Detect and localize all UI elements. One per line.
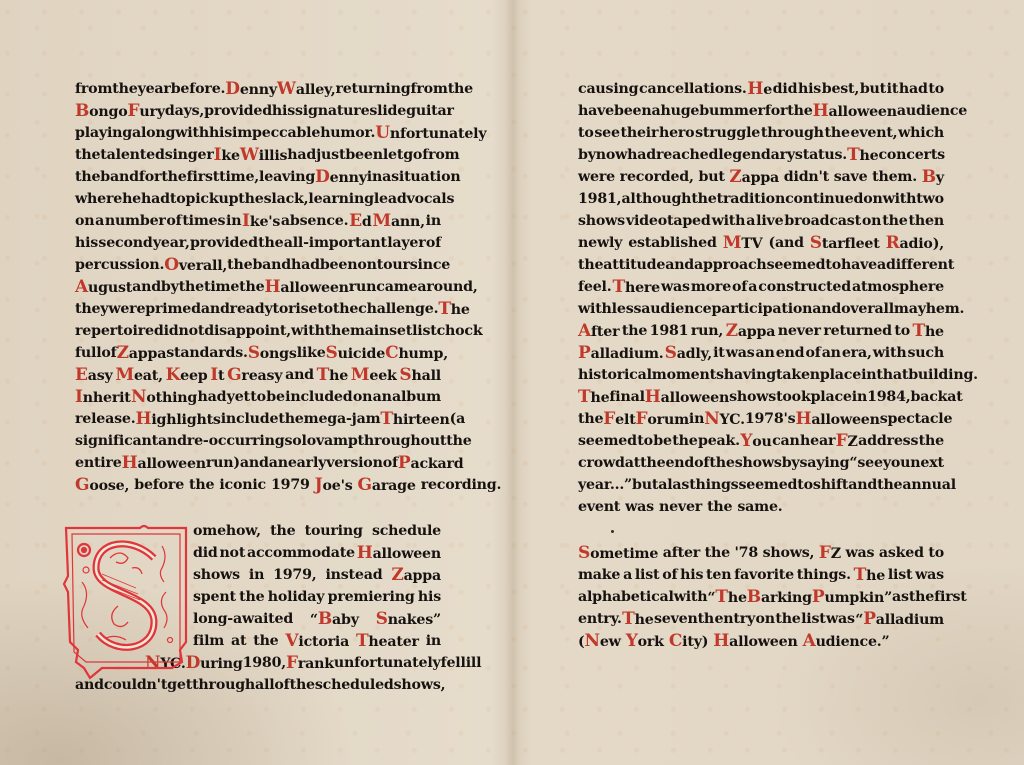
word: list <box>801 608 826 630</box>
word: the <box>622 320 647 342</box>
text-line: showsin1979,insteadZappa <box>193 564 441 586</box>
word: from <box>75 78 112 100</box>
text-line: entry.Theseventhentryonthelistwas“Pallad… <box>578 608 944 630</box>
text-line: Goose,beforetheiconic1979Joe'sGaragereco… <box>75 474 441 496</box>
word: reached <box>656 144 718 166</box>
word: bummer <box>699 100 765 122</box>
word: such <box>908 342 944 364</box>
word: the <box>239 276 264 298</box>
word: a <box>95 210 104 232</box>
rubric-word: Shall <box>399 364 441 386</box>
word: did <box>773 78 798 100</box>
word: tradition <box>717 188 785 210</box>
rubric-word: Halloween <box>264 276 348 298</box>
word: for <box>765 100 787 122</box>
word: can <box>772 430 800 452</box>
left-paragraph-2: omehow,thetouringscheduledidnotaccommoda… <box>75 520 441 696</box>
word: event <box>578 496 620 518</box>
rubric-word: NYC. <box>704 408 745 430</box>
word: disappoint, <box>204 320 291 342</box>
rubric-word: Sadly, <box>665 342 712 364</box>
rubric-word: FZ <box>836 430 858 452</box>
word: holiday <box>268 586 325 608</box>
text-line: wererecorded,butZappadidn'tsavethem.By <box>578 166 944 188</box>
word: era, <box>842 342 872 364</box>
word: on <box>353 386 372 408</box>
word: cancellations. <box>639 78 747 100</box>
word: ready <box>230 298 273 320</box>
word: primed <box>145 298 201 320</box>
word: scheduled <box>315 674 394 696</box>
word: but <box>698 166 724 188</box>
rubric-word: Denny <box>315 166 367 188</box>
right-page: causingcancellations.Hedidhisbest,butith… <box>578 78 944 652</box>
word: atmosphere <box>852 276 944 298</box>
word: did <box>154 320 179 342</box>
word: his <box>75 232 98 254</box>
word: talented <box>100 144 164 166</box>
word: next <box>910 452 944 474</box>
word: their <box>620 122 658 144</box>
word: the <box>787 100 812 122</box>
word: struggle <box>695 122 760 144</box>
word: to <box>825 254 841 276</box>
rubric-word: The <box>578 386 609 408</box>
rubric-word: Mann, <box>372 210 425 232</box>
rubric-word: The <box>622 608 653 630</box>
rubric-word: Thirteen <box>380 408 449 430</box>
word: the <box>179 276 204 298</box>
word: around, <box>417 276 477 298</box>
word: run <box>349 276 377 298</box>
rubric-word: Sometime <box>578 542 658 564</box>
word: playing <box>75 122 132 144</box>
word: challenge. <box>358 298 438 320</box>
word: didn't <box>784 166 829 188</box>
word: on <box>863 188 882 210</box>
word: audience <box>641 298 711 320</box>
word: crowd <box>578 452 625 474</box>
word: things <box>689 474 738 496</box>
word: was <box>726 342 755 364</box>
text-line: InheritNothinghadyettobeincludedonanalbu… <box>75 386 441 408</box>
word: 1981 <box>650 320 689 342</box>
word: and <box>285 364 314 386</box>
text-line: Sometimeafterthe'78shows,FZwasaskedto <box>578 542 944 564</box>
word: to <box>637 430 653 452</box>
word: back <box>911 386 948 408</box>
rubric-word: Radio), <box>886 232 944 254</box>
book-spread: fromtheyearbefore.DennyWalley,returningf… <box>0 0 1024 765</box>
right-paragraph-1: causingcancellations.Hedidhisbest,butith… <box>578 78 944 518</box>
word: touring <box>305 520 363 542</box>
paragraph-spacer <box>75 496 441 520</box>
word: a <box>746 210 755 232</box>
word: alphabetical <box>578 586 674 608</box>
word: that <box>876 364 908 386</box>
word: the <box>290 674 315 696</box>
word: with <box>873 342 907 364</box>
rubric-word: Forum <box>636 408 689 430</box>
word: in <box>426 630 441 652</box>
rubric-word: During <box>186 652 243 674</box>
word: and <box>158 430 187 452</box>
word: to <box>317 298 333 320</box>
word: second <box>98 232 152 254</box>
word: in <box>852 386 867 408</box>
rubric-word: Greasy <box>227 364 282 386</box>
word: having <box>724 364 776 386</box>
word: signature <box>295 100 369 122</box>
word: and <box>848 474 877 496</box>
word: now <box>596 144 627 166</box>
word: his <box>798 78 821 100</box>
rubric-word: Halloween <box>795 408 879 430</box>
word: of <box>805 342 820 364</box>
word: final <box>609 386 644 408</box>
rubric-word: You <box>740 430 771 452</box>
word: the <box>239 586 264 608</box>
text-line: alphabeticalwith“TheBarkingPumpkin”asthe… <box>578 586 944 608</box>
word: a <box>382 166 391 188</box>
word: spectacle <box>880 408 953 430</box>
word: in <box>367 166 382 188</box>
word: the <box>75 166 100 188</box>
text-line: filmattheVictoriaTheaterin <box>193 630 441 652</box>
word: shows <box>729 386 776 408</box>
word: the <box>325 320 350 342</box>
rubric-word: It <box>210 364 224 386</box>
word: of <box>101 342 116 364</box>
word: for <box>139 166 161 188</box>
word: impeccable <box>232 122 320 144</box>
text-line: thetalentedsingerIkeWillishadjustbeenlet… <box>75 144 441 166</box>
word: the <box>75 144 100 166</box>
rubric-word: Willis <box>240 144 287 166</box>
rubric-word: Snakes” <box>376 608 441 630</box>
word: version <box>326 452 383 474</box>
text-line: playingalongwithhisimpeccablehumor.Unfor… <box>75 122 441 144</box>
word: asked <box>879 542 924 564</box>
word: to <box>170 188 186 210</box>
word: never <box>778 320 821 342</box>
text-line: thebandforthefirsttime,leavingDennyinasi… <box>75 166 441 188</box>
word: as <box>892 586 909 608</box>
word: list <box>635 564 660 586</box>
rubric-word: Barking <box>747 586 812 608</box>
word: not <box>178 320 204 342</box>
word: it <box>713 342 725 364</box>
word: end <box>776 342 805 364</box>
word: entry <box>714 608 755 630</box>
text-line: bynowhadreachedlegendarystatus.Theconcer… <box>578 144 944 166</box>
word: the <box>705 542 730 564</box>
word: less <box>612 298 642 320</box>
word: through <box>192 674 255 696</box>
text-line: BongoFurydays,providedhissignatureslideg… <box>75 100 441 122</box>
word: event, <box>851 122 898 144</box>
text-line: havebeenahugebummerfortheHalloweenaudien… <box>578 100 944 122</box>
word: taken <box>776 364 820 386</box>
word: newly <box>578 232 622 254</box>
word: seemed <box>578 430 637 452</box>
word: where <box>75 188 122 210</box>
word: shows, <box>763 542 815 564</box>
word: 1979, <box>273 564 316 586</box>
word: seemed <box>738 474 797 496</box>
word: been <box>614 100 652 122</box>
rubric-word: Easy <box>75 364 113 386</box>
rubric-word: Halloween <box>813 100 897 122</box>
rubric-word: Fury <box>128 100 165 122</box>
word: release. <box>75 408 135 430</box>
rubric-word: Zappa <box>117 342 167 364</box>
rubric-word: Victoria <box>285 630 349 652</box>
word: alas <box>658 474 689 496</box>
text-line: crowdattheendoftheshowsbysaying“seeyoune… <box>578 452 944 474</box>
word: on <box>862 210 881 232</box>
word: year, <box>153 232 190 254</box>
word: an <box>822 342 841 364</box>
word: after <box>663 542 700 564</box>
word: they <box>75 298 108 320</box>
word: of <box>732 276 747 298</box>
rubric-word: After <box>578 320 619 342</box>
word: first <box>187 166 220 188</box>
word: was <box>625 496 654 518</box>
word: the <box>578 408 603 430</box>
word: been <box>320 254 358 276</box>
page-gutter <box>506 0 520 765</box>
word: 1984, <box>867 386 910 408</box>
word: videotaped <box>626 210 711 232</box>
word: in <box>861 364 876 386</box>
word: iconic <box>219 474 266 496</box>
text-line: newlyestablishedMTV(andStarfleetRadio), <box>578 232 944 254</box>
word: slide <box>369 100 406 122</box>
word: of <box>166 210 181 232</box>
word: had <box>197 386 226 408</box>
left-paragraph-1: fromtheyearbefore.DennyWalley,returningf… <box>75 78 441 496</box>
word: guitar <box>406 100 454 122</box>
word: you <box>883 452 910 474</box>
word: unfortunately <box>334 652 441 674</box>
text-line: showsvideotapedwithalivebroadcastontheth… <box>578 210 944 232</box>
word: the <box>578 254 603 276</box>
right-paragraph-2: Sometimeafterthe'78shows,FZwasaskedtomak… <box>578 542 944 652</box>
rubric-word: There <box>613 276 661 298</box>
rubric-word: Chump, <box>385 342 448 364</box>
word: address <box>858 430 918 452</box>
text-line: withlessaudienceparticipationandoverallm… <box>578 298 944 320</box>
word: a <box>651 100 660 122</box>
word: which <box>898 122 944 144</box>
text-line: ThefinalHalloweenshowstookplacein1984,ba… <box>578 386 944 408</box>
rubric-word: Songs <box>248 342 297 364</box>
word: and <box>665 254 694 276</box>
text-line: feel.Therewasmoreofaconstructedatmospher… <box>578 276 944 298</box>
text-line: didnotaccommodateHalloween <box>193 542 441 564</box>
word: place <box>820 364 861 386</box>
rubric-word: FZ <box>819 542 841 564</box>
text-line: percussion.Overall,thebandhadbeenontours… <box>75 254 441 276</box>
word: more <box>691 276 731 298</box>
word: the <box>270 520 295 542</box>
text-line: Afterthe1981run,ZappaneverreturnedtoThe <box>578 320 944 342</box>
rubric-word: Goose, <box>75 474 129 496</box>
word: leaving <box>259 166 315 188</box>
word: through <box>761 122 824 144</box>
rubric-word: “The <box>707 586 746 608</box>
rubric-word: (New <box>578 630 621 652</box>
word: to <box>928 78 944 100</box>
word: had <box>899 78 928 100</box>
word: standards. <box>166 342 247 364</box>
word: an <box>269 452 288 474</box>
rubric-word: Felt <box>603 408 635 430</box>
word: before <box>134 474 184 496</box>
word: it <box>887 78 899 100</box>
rubric-word: The <box>847 144 878 166</box>
word: along <box>132 122 175 144</box>
word: seventh <box>654 608 714 630</box>
word: rise <box>288 298 317 320</box>
word: slack, <box>264 188 309 210</box>
word: with <box>291 320 325 342</box>
text-line: release.Highlightsincludethemega-jamThir… <box>75 408 441 430</box>
rubric-word: York <box>626 630 664 652</box>
word: with <box>712 210 746 232</box>
rubric-word: “Palladium <box>855 608 944 630</box>
word: recording. <box>421 474 502 496</box>
word: and <box>132 276 161 298</box>
word: to <box>250 386 266 408</box>
word: the <box>333 298 358 320</box>
word: save <box>834 166 868 188</box>
word: the <box>253 630 278 652</box>
word: recorded, <box>620 166 694 188</box>
word: tour <box>377 254 410 276</box>
word: on <box>75 210 94 232</box>
word: was <box>915 564 944 586</box>
word: building. <box>908 364 978 386</box>
word: all-important <box>284 232 387 254</box>
word: at <box>231 630 246 652</box>
word: the <box>825 122 850 144</box>
word: at <box>947 386 962 408</box>
word: them. <box>872 166 917 188</box>
rubric-word: Halloween <box>645 386 729 408</box>
word: be <box>653 430 672 452</box>
word: of <box>426 232 441 254</box>
word: feel. <box>578 276 612 298</box>
paper-speck <box>611 530 614 533</box>
word: favorite <box>734 564 794 586</box>
word: album <box>392 386 441 408</box>
word: his <box>418 586 441 608</box>
word: instead <box>325 564 382 586</box>
word: early <box>288 452 326 474</box>
word: times <box>182 210 225 232</box>
word: concerts <box>878 144 945 166</box>
rubric-word: Denny <box>225 78 277 100</box>
text-line: AugustandbythetimetheHalloweenruncamearo… <box>75 276 441 298</box>
rubric-word: Halloween <box>713 630 797 652</box>
word: live <box>756 210 783 232</box>
word: participation <box>712 298 813 320</box>
word: saying <box>800 452 850 474</box>
word: with <box>883 188 917 210</box>
word: and <box>240 452 269 474</box>
word: approach <box>694 254 767 276</box>
word: the <box>709 452 734 474</box>
word: had <box>627 144 656 166</box>
rubric-word: Bongo <box>75 100 128 122</box>
word: two <box>916 188 944 210</box>
rubric-word: Meat, <box>115 364 163 386</box>
rubric-word: MTV <box>723 232 763 254</box>
rubric-word: Ike's <box>242 210 280 232</box>
word: on <box>756 608 775 630</box>
word: he <box>122 188 141 210</box>
word: 1978's <box>745 408 796 430</box>
rubric-word: Packard <box>398 452 464 474</box>
word: a <box>748 276 757 298</box>
word: annual <box>902 474 956 496</box>
word: although <box>621 188 691 210</box>
word: different <box>886 254 954 276</box>
word: in <box>689 408 704 430</box>
word: first <box>934 586 967 608</box>
word: had <box>287 144 316 166</box>
text-line: EasyMeat,KeepItGreasyandTheMeekShall <box>75 364 441 386</box>
word: time, <box>219 166 259 188</box>
rubric-word: Zappa <box>391 564 441 586</box>
word: the <box>919 430 944 452</box>
word: the <box>238 188 263 210</box>
text-line: significantandre-occurringsolovampthroug… <box>75 430 441 452</box>
text-line: 1981,althoughthetraditioncontinuedonwith… <box>578 188 944 210</box>
word: omehow, <box>193 520 261 542</box>
rubric-word: Ike <box>214 144 240 166</box>
word: took <box>776 386 811 408</box>
word: by <box>578 144 596 166</box>
word: provided <box>190 232 258 254</box>
rubric-word: The <box>438 298 469 320</box>
word: the <box>775 608 800 630</box>
word: legendary <box>718 144 795 166</box>
word: vamp <box>316 430 358 452</box>
word: band <box>100 166 139 188</box>
word: mayhem. <box>894 298 964 320</box>
word: of <box>274 674 289 696</box>
word: entire <box>75 452 122 474</box>
word: significant <box>75 430 158 452</box>
word: place <box>811 386 852 408</box>
word: his <box>272 100 295 122</box>
word: situation <box>391 166 460 188</box>
text-line: causingcancellations.Hedidhisbest,butith… <box>578 78 944 100</box>
text-line: long-awaited“BabySnakes” <box>193 608 441 630</box>
word: the <box>446 430 471 452</box>
text-line: repertoiredidnotdisappoint,withthemainse… <box>75 320 441 342</box>
word: up <box>218 188 238 210</box>
word: since <box>410 254 450 276</box>
word: hero <box>659 122 694 144</box>
rubric-word: By <box>922 166 944 188</box>
word: the <box>161 166 186 188</box>
word: included <box>285 386 352 408</box>
